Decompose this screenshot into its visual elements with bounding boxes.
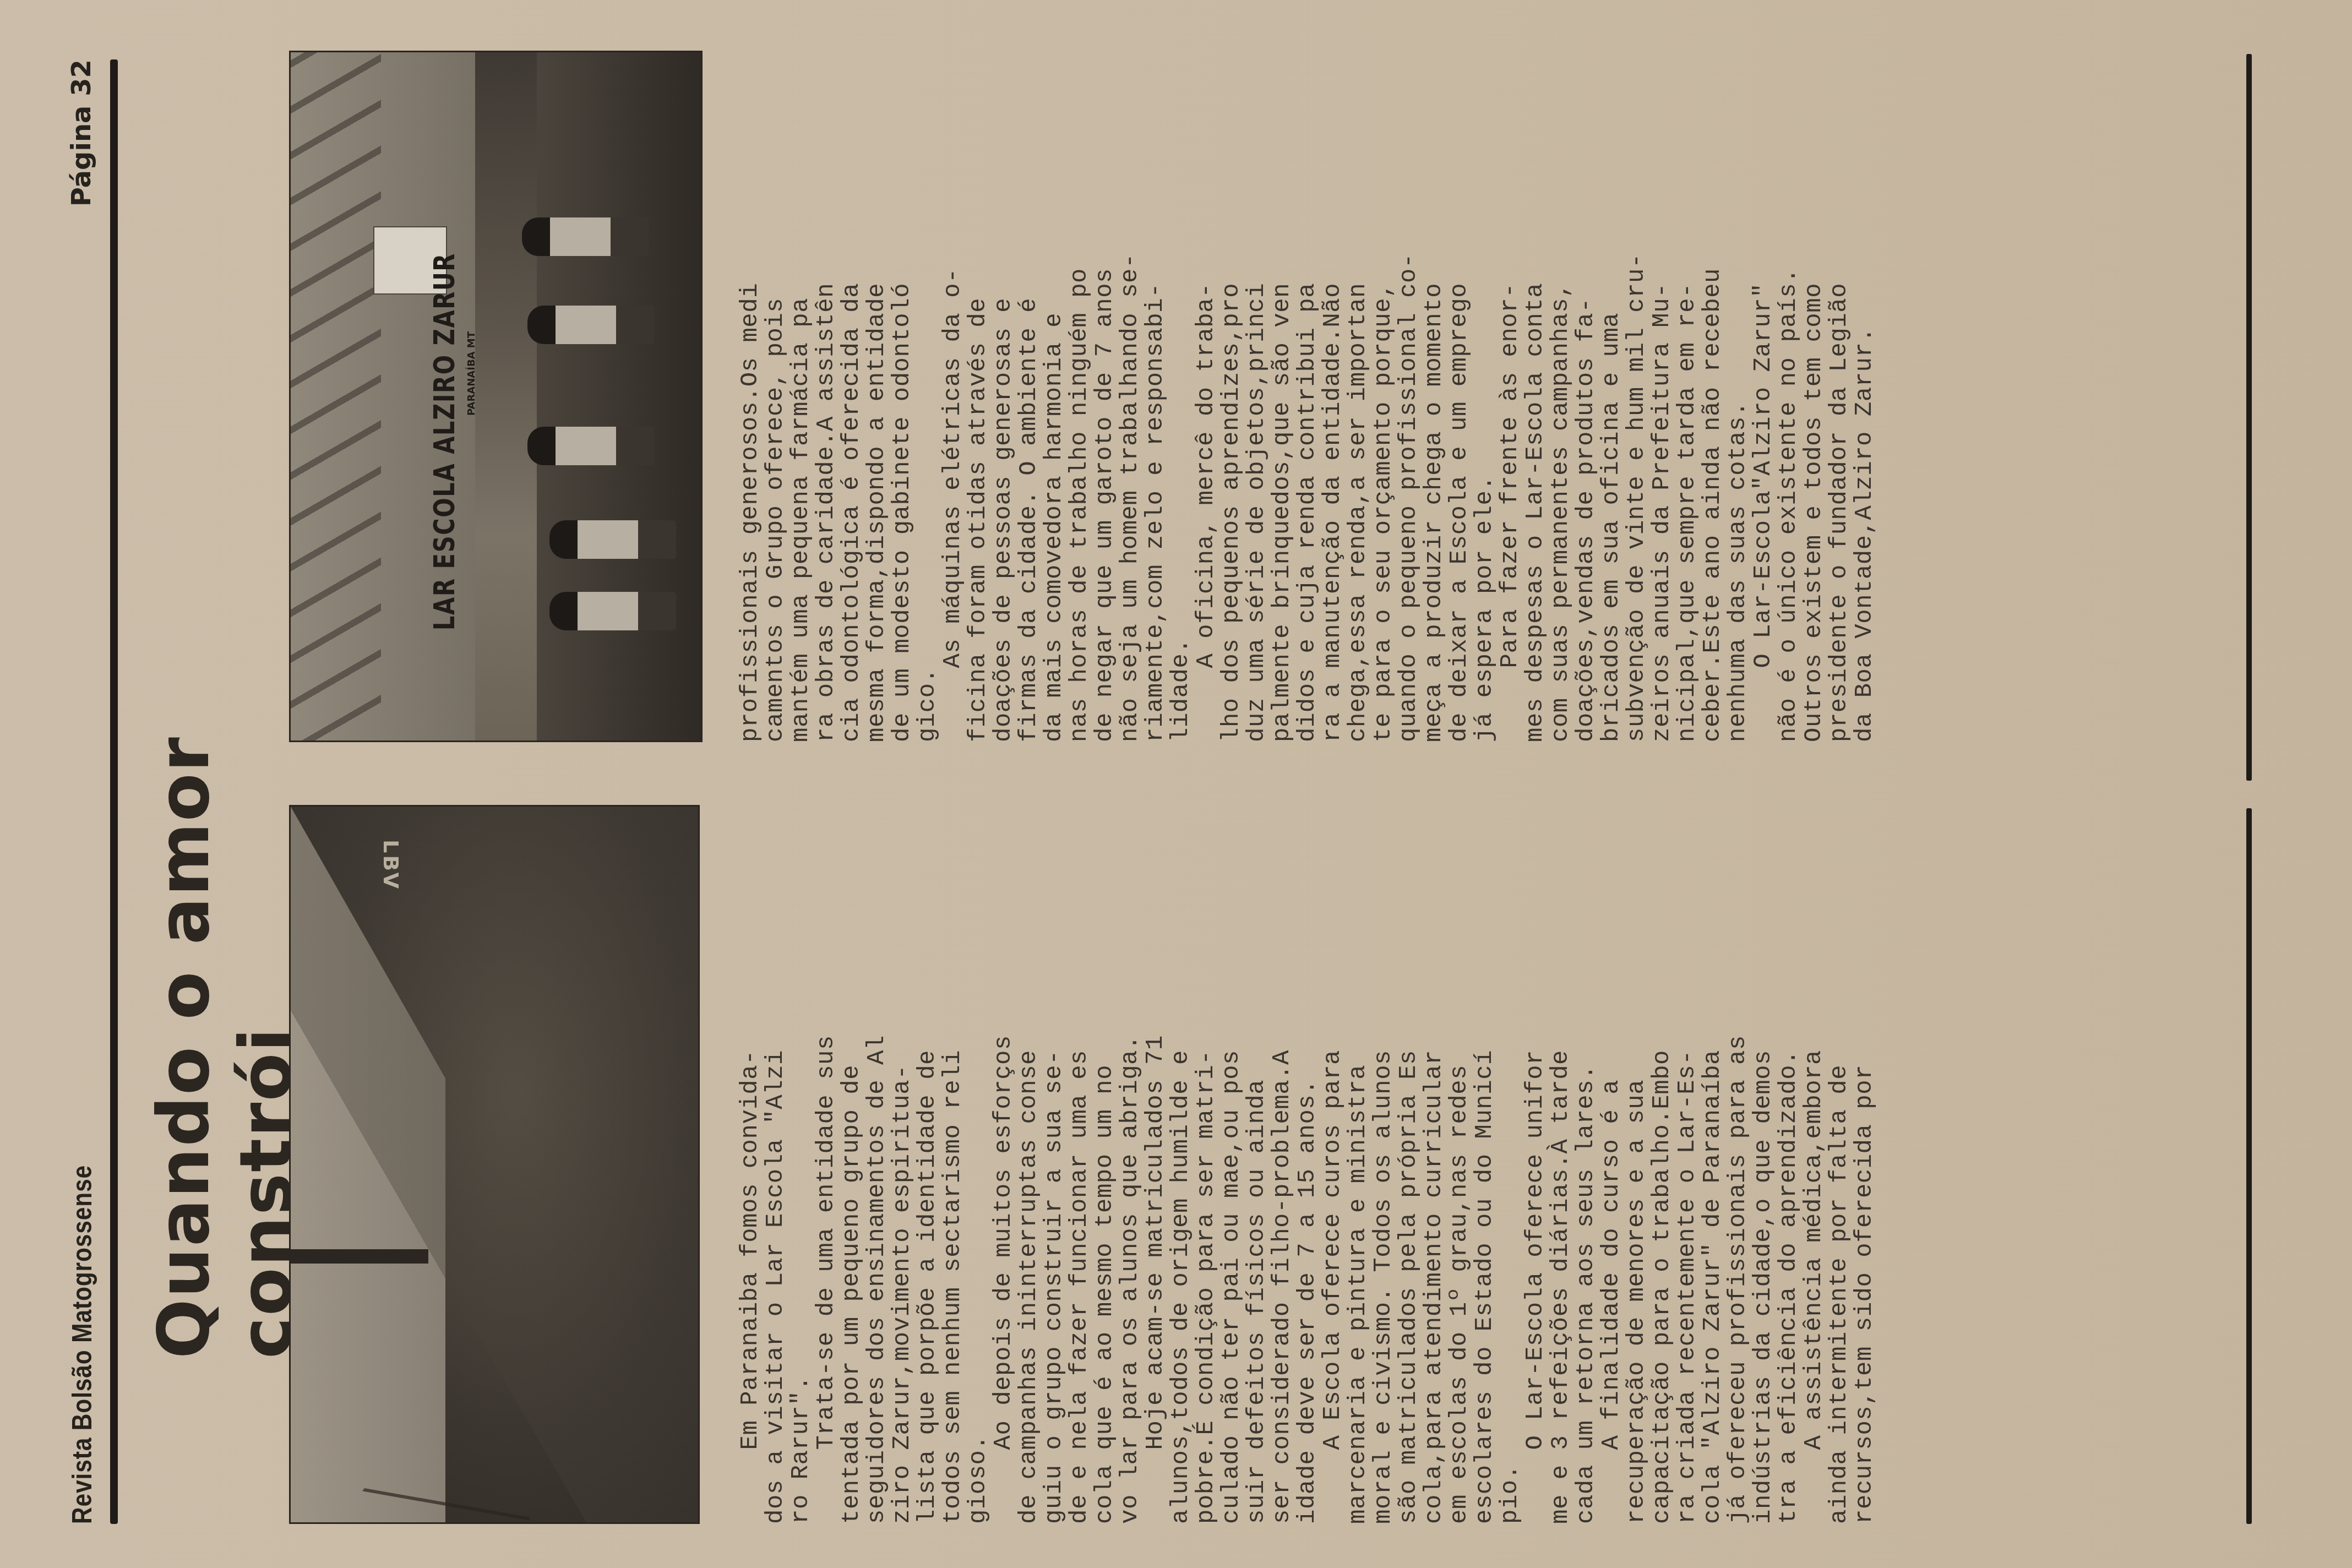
workshop-banner-subtext: PARANAÍBA MT — [466, 331, 477, 416]
article-line: escolares do Estado ou do Municí — [1472, 808, 1498, 1524]
article-line: recursos,tem sido oferecida por — [1852, 808, 1877, 1524]
article-body: Em Paranaiba fomos convida-dos a visitar… — [738, 48, 2224, 1524]
article-line: me e 3 refeições diárias.À tarde — [1548, 808, 1574, 1524]
article-line: ainda intermitente por falta de — [1827, 808, 1852, 1524]
article-line: chega,essa renda,a ser importan — [1346, 26, 1371, 742]
workshop-banner-text: LAR ESCOLA ALZIRO ZARUR — [428, 253, 461, 630]
article-line: todos sem nenhum sectarismo reli — [940, 808, 966, 1524]
article-line: lho dos pequenos aprendizes,pro — [1219, 26, 1244, 742]
article-line: firmas da cidade. O ambiente é — [1016, 26, 1042, 742]
scanned-page-canvas: Revista Bolsão Matogrossense Página 32 Q… — [0, 0, 2352, 1568]
article-headline: Quando o amor constrói — [143, 423, 307, 1359]
article-line: doações de pessoas generosas e — [991, 26, 1016, 742]
article-line: gioso. — [966, 808, 991, 1524]
article-line: seguidores dos ensinamentos de Al — [864, 808, 890, 1524]
article-line: capacitação para o trabalho.Embo — [1649, 808, 1675, 1524]
article-line: Trata-se de uma entidade sus — [814, 808, 839, 1524]
photo-person — [549, 592, 676, 630]
article-line: Em Paranaiba fomos convida- — [738, 808, 763, 1524]
article-line: culado não ter pai ou mae,ou pos — [1219, 808, 1244, 1524]
article-line: cola,para atendimento curricular — [1422, 808, 1447, 1524]
article-line: gico. — [915, 26, 940, 742]
article-line: A Escola oferece curos para — [1320, 808, 1346, 1524]
photo-building-exterior: LBV — [289, 805, 700, 1524]
article-line: O Lar-Escola oferece unifor — [1523, 808, 1548, 1524]
article-line: nas horas de trabalho ninguém po — [1067, 26, 1092, 742]
article-line: cola que é ao mesmo tempo um no — [1092, 808, 1118, 1524]
article-line: não é o único existente no país. — [1776, 26, 1801, 742]
article-line: tra a eficiência do aprendizado. — [1776, 808, 1801, 1524]
footer-rule-left — [2246, 808, 2252, 1524]
article-line: da mais comovedora harmonia e — [1042, 26, 1067, 742]
article-line: ceber.Este ano ainda não recebeu — [1700, 26, 1725, 742]
header-rule — [110, 59, 118, 1524]
article-line: cola "Alziro Zarur" de Paranaíba — [1700, 808, 1725, 1524]
article-line: já ofereceu profissionais para as — [1725, 808, 1751, 1524]
article-line: alunos,todos de origem humilde e — [1168, 808, 1194, 1524]
article-line: da Boa Vontade,Alziro Zarur. — [1852, 26, 1877, 742]
article-line: ra obras de caridade.A assistên — [814, 26, 839, 742]
photo-floor — [537, 52, 701, 741]
building-sign-text: LBV — [379, 840, 403, 891]
article-line: indústrias da cidade,o que demos — [1751, 808, 1776, 1524]
article-line: Outros existem e todos tem como — [1801, 26, 1827, 742]
article-line: mes despesas o Lar-Escola conta — [1523, 26, 1548, 742]
article-line: presidente o fundador da Legião — [1827, 26, 1852, 742]
article-line: com suas permanentes campanhas, — [1548, 26, 1574, 742]
article-column-right: profissionais generosos.Os medicamentos … — [738, 26, 2224, 742]
article-line: Hoje acam-se matriculados 71 — [1143, 808, 1168, 1524]
footer-rule-right — [2246, 54, 2252, 781]
article-line: já espera por ele. — [1472, 26, 1498, 742]
article-line: doações,vendas de produtos fa- — [1574, 26, 1599, 742]
article-line: nicipal,que sempre tarda em re- — [1675, 26, 1700, 742]
article-line: profissionais generosos.Os medi — [738, 26, 763, 742]
article-line: pio. — [1498, 808, 1523, 1524]
article-line: de deixar a Escola e um emprego — [1447, 26, 1472, 742]
article-line: ra a manutenção da entidade.Não — [1320, 26, 1346, 742]
photo-workshop-interior: LAR ESCOLA ALZIRO ZARUR PARANAÍBA MT — [289, 51, 703, 742]
article-line: recuperação de menores e a sua — [1624, 808, 1649, 1524]
article-line: camentos o Grupo oferece, pois — [763, 26, 788, 742]
article-line: te para o seu orçamento porque, — [1371, 26, 1396, 742]
article-line: não seja um homem trabalhando se- — [1118, 26, 1143, 742]
page-header: Revista Bolsão Matogrossense Página 32 — [61, 59, 110, 1524]
article-line: O Lar-Escola"Alziro Zarur" — [1751, 26, 1776, 742]
article-line: As máquinas elétricas da o- — [940, 26, 966, 742]
article-line: palmente brinquedos,que são ven — [1270, 26, 1295, 742]
article-line: riamente,com zelo e responsabi- — [1143, 26, 1168, 742]
article-line: pobre.É condição para ser matri- — [1194, 808, 1219, 1524]
article-line: ziro Zarur,movimento espiritua- — [890, 808, 915, 1524]
article-line: mesma forma,dispondo a entidade — [864, 26, 890, 742]
article-line: guiu o grupo construir a sua se- — [1042, 808, 1067, 1524]
article-line: tentada por um pequeno grupo de — [839, 808, 864, 1524]
article-line: Para fazer frente às enor- — [1498, 26, 1523, 742]
article-line: de e nela fazer funcionar uma es — [1067, 808, 1092, 1524]
article-line: Ao depois de muitos esforços — [991, 808, 1016, 1524]
photo-person — [527, 427, 654, 465]
photo-person — [522, 217, 649, 256]
article-line: nenhuma das suas cotas. — [1725, 26, 1751, 742]
magazine-page: Revista Bolsão Matogrossense Página 32 Q… — [0, 0, 2352, 1568]
article-line: suir defeitos físicos ou ainda — [1244, 808, 1270, 1524]
photo-pole — [291, 1249, 428, 1264]
article-line: marcenaria e pintura e ministra — [1346, 808, 1371, 1524]
photo-person — [527, 306, 654, 344]
article-line: ficina foram otidas através de — [966, 26, 991, 742]
article-line: cia odontológica é oferecida da — [839, 26, 864, 742]
article-line: dos a visitar o Lar Escola "Alzi — [763, 808, 788, 1524]
article-line: de campanhas ininterruptas conse — [1016, 808, 1042, 1524]
article-line: subvenção de vinte e hum mil cru- — [1624, 26, 1649, 742]
article-line: ser considerado filho-problema.A — [1270, 808, 1295, 1524]
article-line: de negar que um garoto de 7 anos — [1092, 26, 1118, 742]
article-line: moral e civismo. Todos os alunos — [1371, 808, 1396, 1524]
article-line: bricados em sua oficina e uma — [1599, 26, 1624, 742]
article-line: ra criada recentemente o Lar-Es- — [1675, 808, 1700, 1524]
page-number: Página 32 — [66, 59, 97, 206]
article-line: ro Rarur". — [788, 808, 814, 1524]
article-line: meça a produzir chega o momento — [1422, 26, 1447, 742]
article-line: A oficina, mercê do traba- — [1194, 26, 1219, 742]
article-line: idade deve ser de 7 a 15 anos. — [1295, 808, 1320, 1524]
article-line: didos e cuja renda contribui pa — [1295, 26, 1320, 742]
article-line: lista que porpõe a identidade de — [915, 808, 940, 1524]
article-line: lidade. — [1168, 26, 1194, 742]
article-line: duz uma série de objetos,princi — [1244, 26, 1270, 742]
article-line: em escolas do 1º grau,nas redes — [1447, 808, 1472, 1524]
photo-roof-truss — [291, 52, 381, 741]
article-line: são matriculados pela própria Es — [1396, 808, 1422, 1524]
article-line: A finalidade do curso é a — [1599, 808, 1624, 1524]
article-column-left: Em Paranaiba fomos convida-dos a visitar… — [738, 808, 2224, 1524]
article-line: cada um retorna aos seus lares. — [1574, 808, 1599, 1524]
photo-person — [549, 520, 676, 559]
article-line: quando o pequeno profissional co- — [1396, 26, 1422, 742]
article-line: zeiros anuais da Prefeitura Mu- — [1649, 26, 1675, 742]
article-line: mantém uma pequena farmácia pa — [788, 26, 814, 742]
magazine-title: Revista Bolsão Matogrossense — [66, 1165, 98, 1524]
article-line: vo lar para os alunos que abriga. — [1118, 808, 1143, 1524]
article-line: A assistência médica,embora — [1801, 808, 1827, 1524]
article-line: de um modesto gabinete odontoló — [890, 26, 915, 742]
